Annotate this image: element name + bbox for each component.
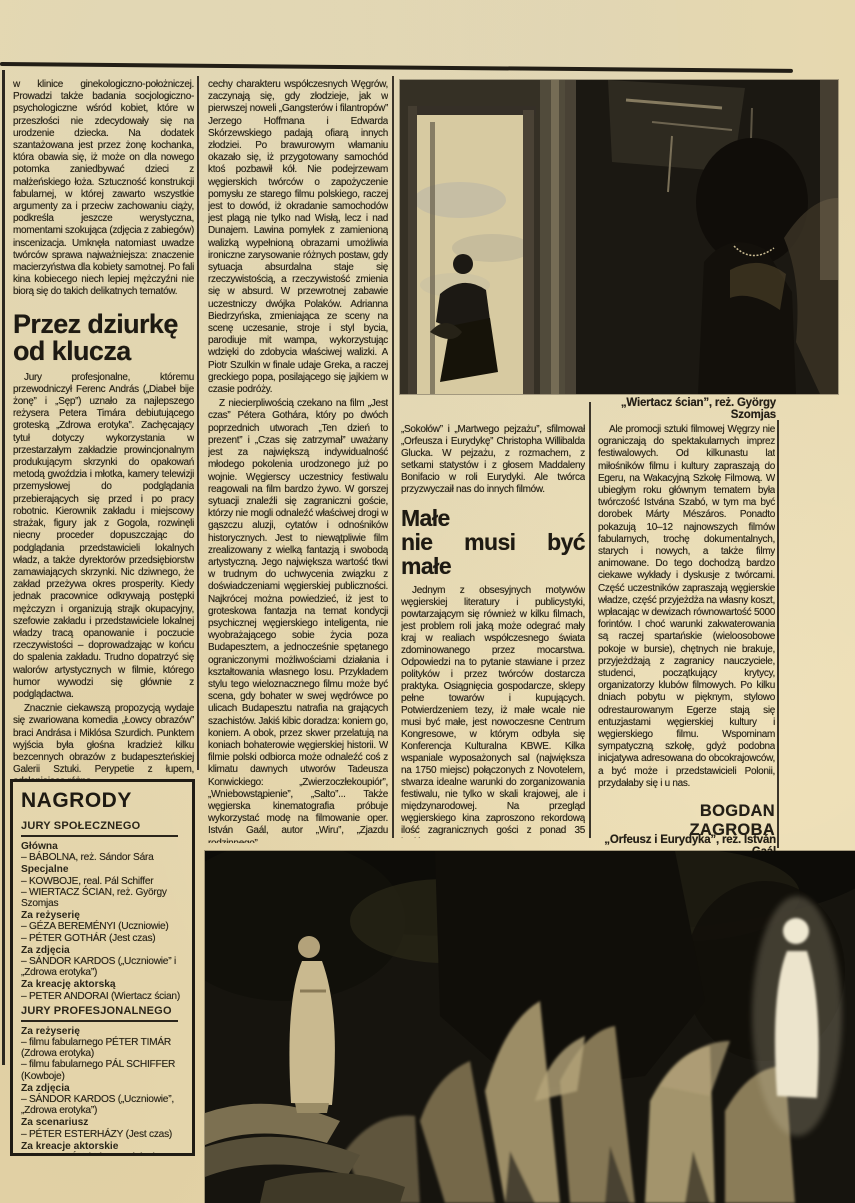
author-byline: BOGDAN ZAGROBA xyxy=(598,802,775,836)
awards-title: NAGRODY xyxy=(21,789,185,813)
paragraph-lowcy-obrazow: Znacznie ciekawszą propozycją wydaje się… xyxy=(13,703,194,779)
newspaper-page: { "page": { "paper_color": "#e9d9ad", "i… xyxy=(0,0,855,1203)
award-line-entry: – KOWBOJE, real. Pál Schiffer xyxy=(21,876,185,887)
left-edge-rule xyxy=(2,70,5,1065)
award-line-jury: JURY SPOŁECZNEGO xyxy=(21,820,178,837)
article-column-3: „Sokołów” i „Martwego pejzażu”, sfilmowa… xyxy=(401,424,585,838)
award-line-category: Za zdjęcia xyxy=(21,1083,185,1094)
award-line-entry: – PETER ANDORAI (Wiertacz ścian) xyxy=(21,991,185,1002)
white-figure xyxy=(752,896,842,1136)
heading-line: Małe xyxy=(401,506,585,530)
award-line-entry: – WIERTACZ ŚCIAN, reż. György Szomjas xyxy=(21,887,185,909)
film-photo-wiertacz-scian xyxy=(400,80,838,394)
heading-line: od klucza xyxy=(13,338,194,365)
film-photo-orfeusz-i-eurydyka xyxy=(205,851,855,1203)
award-line-category: Za reżyserię xyxy=(21,1026,185,1037)
award-line-category: Specjalne xyxy=(21,864,185,875)
column-divider-2 xyxy=(392,76,394,838)
article-column-2: cechy charakteru współczesnych Węgrów, z… xyxy=(208,79,388,843)
heading-line: nie musi być małe xyxy=(401,530,585,578)
top-rule xyxy=(0,62,793,73)
awards-box: NAGRODY JURY SPOŁECZNEGOGłówna– BÁBOLNA,… xyxy=(10,779,195,1156)
award-line-entry: – JANOS BÁN (Wiertacz ścian) xyxy=(21,1152,185,1156)
award-line-entry: – SÁNDOR KARDOS („Uczniowie”, „Zdrowa er… xyxy=(21,1094,185,1116)
award-line-entry: – GÉZA BEREMÉNYI (Uczniowie) xyxy=(21,921,185,932)
continuation-paragraph: „Sokołów” i „Martwego pejzażu”, sfilmowa… xyxy=(401,424,585,496)
award-line-entry: – PÉTER ESTERHÁZY (Jest czas) xyxy=(21,1129,185,1140)
award-line-category: Za reżyserię xyxy=(21,910,185,921)
photo-caption-top: „Wiertacz ścian”, reż. György Szomjas xyxy=(598,397,776,421)
right-edge-rule xyxy=(777,420,779,848)
section-heading-male-nie-musi-byc-male: Małe nie musi być małe xyxy=(401,506,585,578)
film-photo-top-illustration xyxy=(400,80,838,394)
film-photo-bottom-illustration xyxy=(205,851,855,1203)
paragraph-promocja-sztuki: Ale promocji sztuki filmowej Węgrzy nie … xyxy=(598,424,775,790)
continuation-paragraph: cechy charakteru współczesnych Węgrów, z… xyxy=(208,79,388,396)
article-column-1: w klinice ginekologiczno-położniczej. Pr… xyxy=(13,79,194,779)
award-line-entry: – PÉTER GOTHÁR (Jest czas) xyxy=(21,933,185,944)
award-line-entry: – SÁNDOR KARDOS („Uczniowie” i „Zdrowa e… xyxy=(21,956,185,978)
award-line-category: Główna xyxy=(21,841,185,852)
article-column-4: Ale promocji sztuki filmowej Węgrzy nie … xyxy=(598,424,775,836)
awards-list: JURY SPOŁECZNEGOGłówna– BÁBOLNA, reż. Sá… xyxy=(21,820,185,1156)
award-line-category: Za scenariusz xyxy=(21,1117,185,1128)
paragraph-jest-czas: Z niecierpliwością czekano na film „Jest… xyxy=(208,398,388,843)
section-heading-przez-dziurke-od-klucza: Przez dziurkę od klucza xyxy=(13,311,194,365)
author-line: BOGDAN xyxy=(598,802,775,821)
continuation-paragraph: w klinice ginekologiczno-położniczej. Pr… xyxy=(13,79,194,299)
award-line-entry: – BÁBOLNA, reż. Sándor Sára xyxy=(21,852,185,863)
column-divider-3 xyxy=(589,402,591,838)
paragraph-jury-profesjonalne: Jury profesjonalne, któremu przewodniczy… xyxy=(13,372,194,701)
award-line-jury: JURY PROFESJONALNEGO xyxy=(21,1005,178,1022)
column-divider-1 xyxy=(197,76,199,770)
heading-line: Przez dziurkę xyxy=(13,311,194,338)
award-line-category: Za zdjęcia xyxy=(21,945,185,956)
award-line-entry: – filmu fabularnego PÉTER TIMÁR (Zdrowa … xyxy=(21,1037,185,1059)
paragraph-male-kraj: Jednym z obsesyjnych motywów węgierskiej… xyxy=(401,585,585,838)
award-line-category: Za kreacje aktorskie xyxy=(21,1141,185,1152)
award-line-entry: – filmu fabularnego PÁL SCHIFFER (Kowboj… xyxy=(21,1059,185,1081)
award-line-category: Za kreację aktorską xyxy=(21,979,185,990)
